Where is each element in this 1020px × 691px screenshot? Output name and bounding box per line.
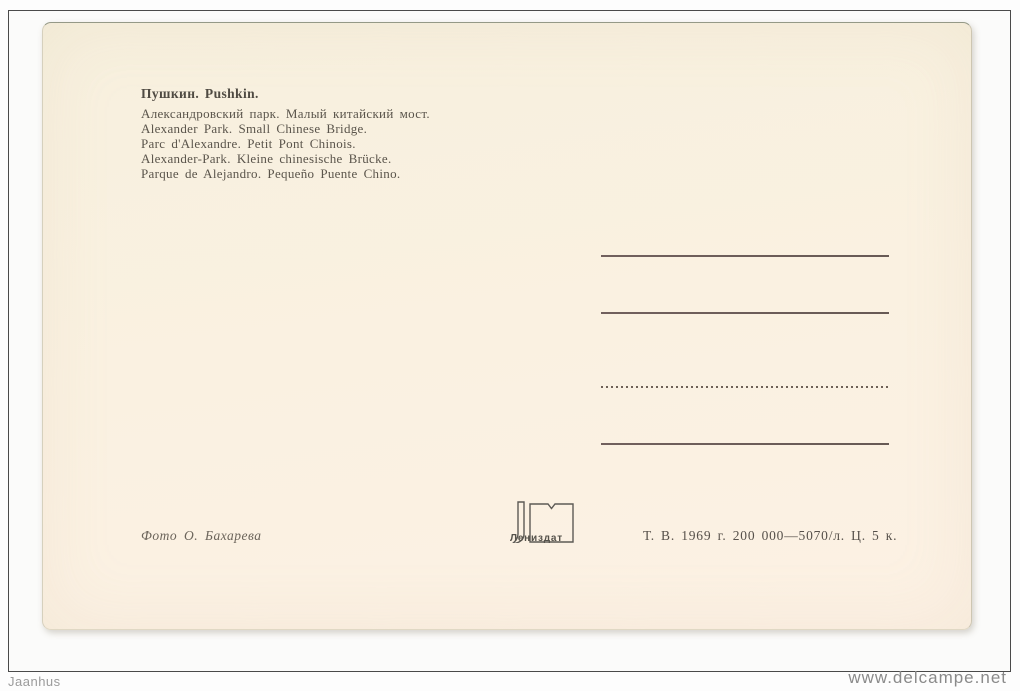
address-line-solid: [601, 255, 889, 257]
address-line-dotted: [601, 386, 889, 388]
postcard-back: Пушкин. Pushkin. Александровский парк. М…: [42, 22, 972, 630]
caption-line-english: Alexander Park. Small Chinese Bridge.: [141, 121, 430, 136]
watermark-jaanhus: Jaanhus: [8, 674, 61, 689]
caption-line-spanish: Parque de Alejandro. Pequeño Puente Chin…: [141, 166, 430, 181]
caption-line-french: Parc d'Alexandre. Petit Pont Chinois.: [141, 136, 430, 151]
photo-credit: Фото О. Бахарева: [141, 528, 262, 544]
watermark-delcampe: www.delcampe.net: [848, 668, 1007, 688]
print-imprint: Т. В. 1969 г. 200 000—5070/л. Ц. 5 к.: [643, 528, 897, 544]
caption-line-german: Alexander-Park. Kleine chinesische Brück…: [141, 151, 430, 166]
lenizdat-logo: Лениздат: [509, 499, 579, 551]
postcard-title: Пушкин. Pushkin.: [141, 86, 259, 102]
address-line-solid: [601, 443, 889, 445]
address-line-solid: [601, 312, 889, 314]
caption-line-russian: Александровский парк. Малый китайский мо…: [141, 106, 430, 121]
caption-block: Александровский парк. Малый китайский мо…: [141, 106, 430, 181]
